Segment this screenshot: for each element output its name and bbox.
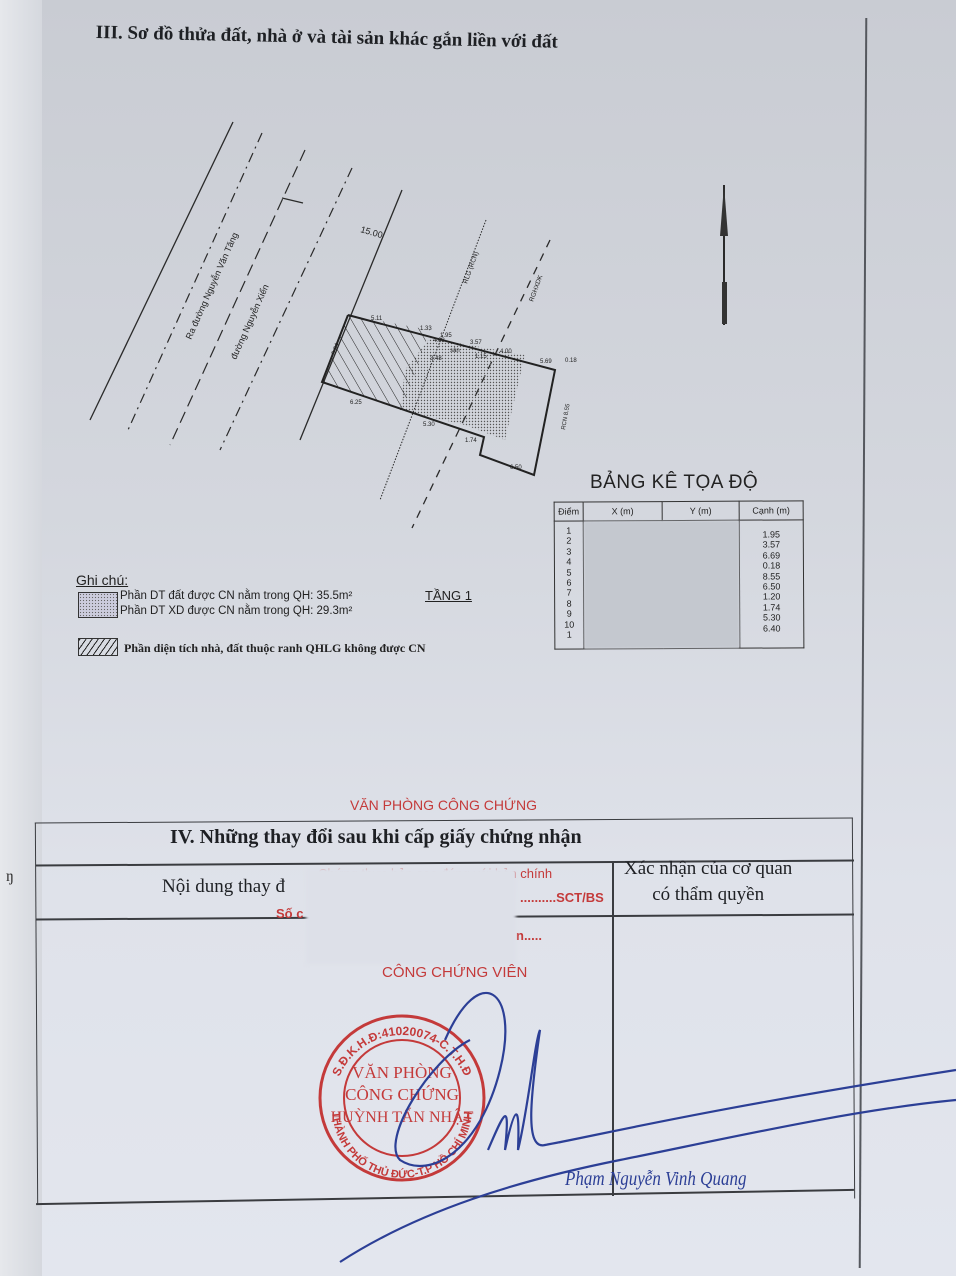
notary-signature <box>0 0 956 1276</box>
notary-signer-name: Phạm Nguyễn Vinh Quang <box>565 1168 746 1191</box>
